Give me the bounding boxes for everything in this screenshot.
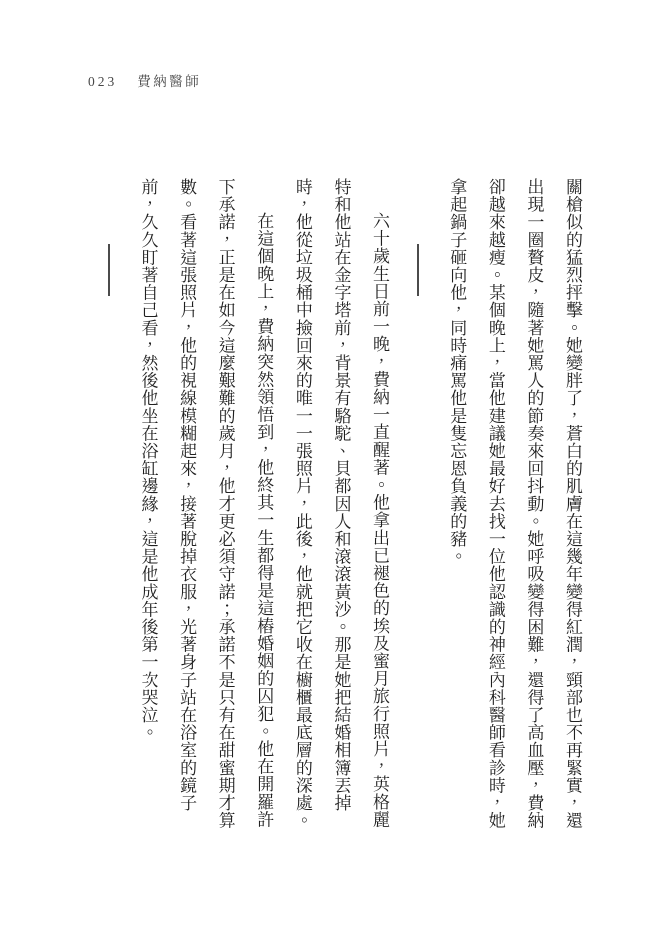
- body-text: 關槍似的猛烈抨擊。她變胖了，蒼白的肌膚在這幾年變得紅潤，頸部也不再緊實，還出現一…: [89, 178, 591, 830]
- running-head: 023 費納醫師: [88, 70, 201, 90]
- section-divider: ——: [89, 178, 128, 830]
- paragraph: 在這個晚上，費納突然領悟到，他終其一生都得是這樁婚姻的囚犯。他在開羅許下承諾，正…: [128, 178, 282, 830]
- book-page: 023 費納醫師 關槍似的猛烈抨擊。她變胖了，蒼白的肌膚在這幾年變得紅潤，頸部也…: [0, 0, 663, 932]
- running-head-title: 費納醫師: [137, 70, 201, 90]
- paragraph: 關槍似的猛烈抨擊。她變胖了，蒼白的肌膚在這幾年變得紅潤，頸部也不再緊實，還出現一…: [437, 178, 591, 830]
- section-divider-line: [108, 244, 110, 296]
- page-number: 023: [88, 74, 117, 90]
- section-divider-line: [417, 244, 419, 296]
- paragraph: 六十歲生日前一晚，費納一直醒著。他拿出已褪色的埃及蜜月旅行照片，英格麗特和他站在…: [282, 178, 398, 830]
- section-divider: ——: [398, 178, 437, 830]
